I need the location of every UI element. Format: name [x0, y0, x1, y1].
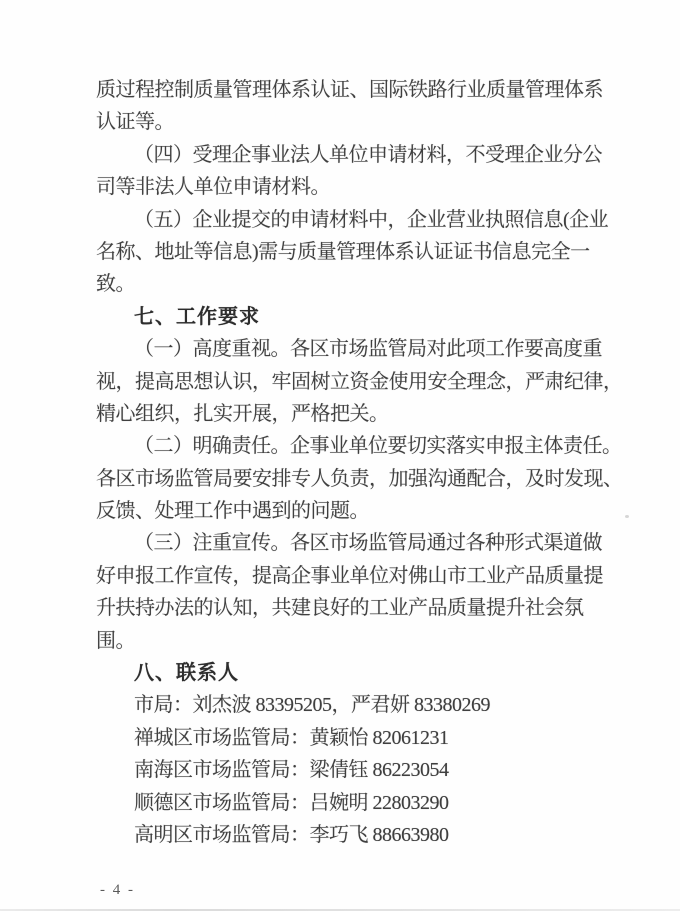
doc-line: （五）企业提交的申请材料中，企业营业执照信息(企业	[96, 204, 608, 236]
contact-line: 南海区市场监管局：梁倩钰 86223054	[96, 754, 608, 786]
doc-line: 司等非法人单位申请材料。	[96, 171, 608, 203]
doc-line: 升扶持办法的认知，共建良好的工业产品质量提升社会氛	[96, 592, 608, 624]
heading-work-requirements: 七、工作要求	[96, 301, 608, 333]
doc-line: 认证等。	[96, 106, 608, 138]
heading-contacts: 八、联系人	[96, 657, 608, 689]
doc-line: （四）受理企事业法人单位申请材料，不受理企业分公	[96, 139, 608, 171]
page-number: - 4 -	[100, 880, 135, 900]
document-body: 质过程控制质量管理体系认证、国际铁路行业质量管理体系 认证等。 （四）受理企事业…	[96, 74, 608, 851]
doc-line: 致。	[96, 268, 608, 300]
doc-line: 精心组织，扎实开展，严格把关。	[96, 398, 608, 430]
doc-line: 好申报工作宣传，提高企事业单位对佛山市工业产品质量提	[96, 560, 608, 592]
doc-line: 反馈、处理工作中遇到的问题。	[96, 495, 608, 527]
contact-line: 高明区市场监管局：李巧飞 88663980	[96, 819, 608, 851]
doc-line: 围。	[96, 625, 608, 657]
contact-line: 市局：刘杰波 83395205，严君妍 83380269	[96, 689, 608, 721]
doc-line: 各区市场监管局要安排专人负责，加强沟通配合，及时发现、	[96, 463, 608, 495]
document-page: 质过程控制质量管理体系认证、国际铁路行业质量管理体系 认证等。 （四）受理企事业…	[0, 0, 680, 911]
doc-line: （一）高度重视。各区市场监管局对此项工作要高度重	[96, 333, 608, 365]
doc-line: 名称、地址等信息)需与质量管理体系认证证书信息完全一	[96, 236, 608, 268]
scan-speck-artifact	[625, 515, 629, 518]
contact-line: 禅城区市场监管局：黄颖怡 82061231	[96, 722, 608, 754]
doc-line: （三）注重宣传。各区市场监管局通过各种形式渠道做	[96, 527, 608, 559]
doc-line: （二）明确责任。企事业单位要切实落实申报主体责任。	[96, 430, 608, 462]
contact-line: 顺德区市场监管局：吕婉明 22803290	[96, 787, 608, 819]
doc-line: 视，提高思想认识，牢固树立资金使用安全理念，严肃纪律，	[96, 366, 608, 398]
doc-line: 质过程控制质量管理体系认证、国际铁路行业质量管理体系	[96, 74, 608, 106]
